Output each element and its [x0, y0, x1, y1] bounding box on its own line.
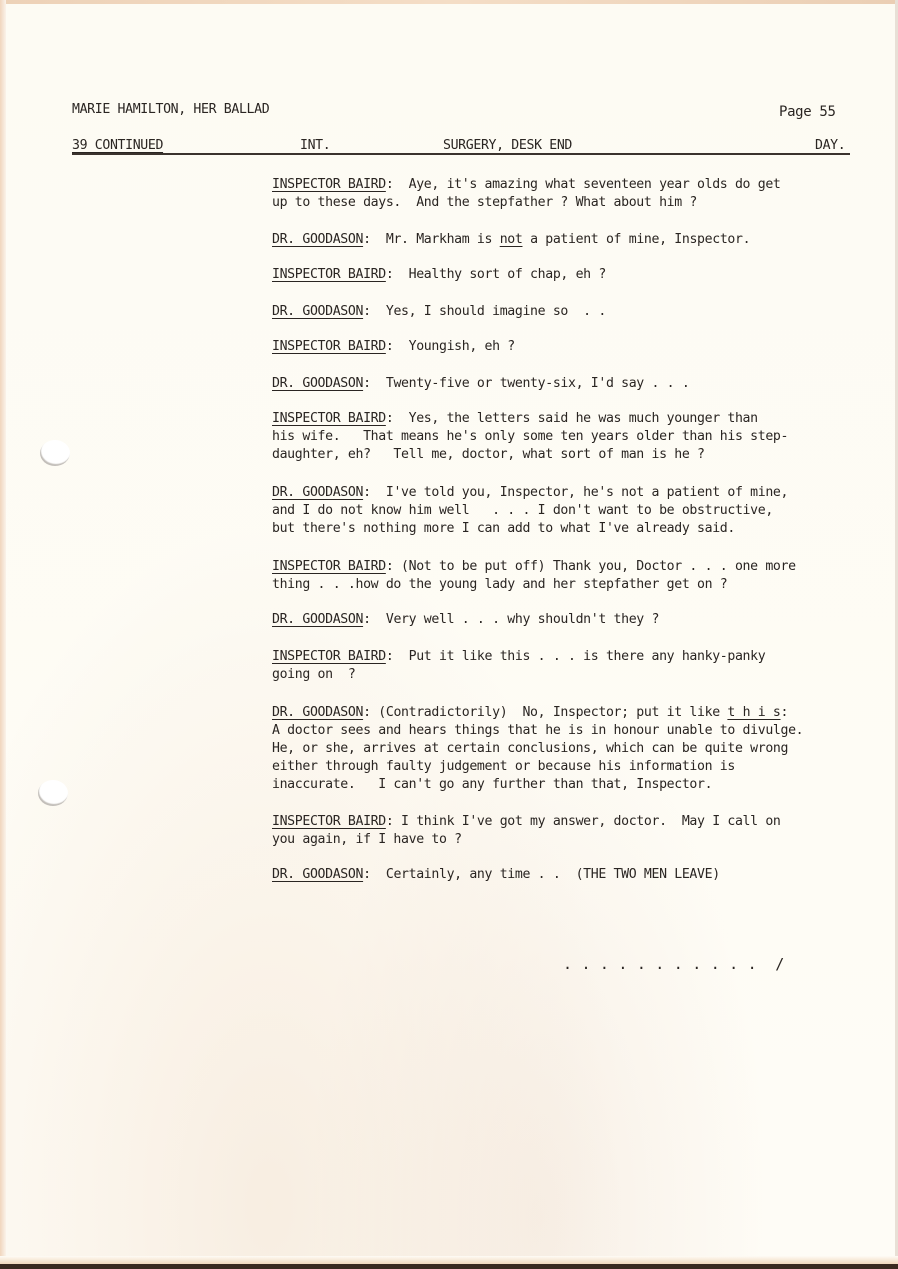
speaker-name: DR. GOODASON — [272, 232, 363, 247]
paper-stain-bottom — [0, 1256, 898, 1264]
paper-edge-bottom — [0, 1264, 898, 1269]
dialogue-line: DR. GOODASON: (Contradictorily) No, Insp… — [272, 704, 892, 722]
dialogue-line: DR. GOODASON: Twenty-five or twenty-six,… — [272, 375, 892, 393]
scene-number-text: 39 CONTINUED — [72, 138, 163, 153]
dialogue-line: thing . . .how do the young lady and her… — [272, 576, 892, 594]
dialogue-line: INSPECTOR BAIRD: Healthy sort of chap, e… — [272, 266, 892, 284]
dialogue-line: DR. GOODASON: Mr. Markham is not a patie… — [272, 231, 892, 249]
dialogue-block: INSPECTOR BAIRD: Put it like this . . . … — [272, 648, 892, 684]
speaker-name: DR. GOODASON — [272, 376, 363, 391]
speaker-name: INSPECTOR BAIRD — [272, 411, 386, 426]
dialogue-line: DR. GOODASON: Yes, I should imagine so .… — [272, 303, 892, 321]
dialogue-block: INSPECTOR BAIRD: (Not to be put off) Tha… — [272, 558, 892, 594]
script-page: MARIE HAMILTON, HER BALLAD Page 55 39 CO… — [0, 0, 898, 1269]
punch-hole-icon — [40, 440, 70, 466]
dialogue-block: INSPECTOR BAIRD: Youngish, eh ? — [272, 338, 892, 356]
speaker-name: INSPECTOR BAIRD — [272, 559, 386, 574]
scene-int-ext: INT. — [300, 138, 330, 153]
speaker-name: INSPECTOR BAIRD — [272, 649, 386, 664]
emphasized-word: t h i s — [727, 705, 780, 720]
dialogue-line: He, or she, arrives at certain conclusio… — [272, 740, 892, 758]
scene-number: 39 CONTINUED — [72, 138, 163, 153]
dialogue-block: DR. GOODASON: I've told you, Inspector, … — [272, 484, 892, 538]
dialogue-line: either through faulty judgement or becau… — [272, 758, 892, 776]
speaker-name: DR. GOODASON — [272, 705, 363, 720]
dialogue-line: and I do not know him well . . . I don't… — [272, 502, 892, 520]
speaker-name: INSPECTOR BAIRD — [272, 814, 386, 829]
dialogue-line: but there's nothing more I can add to wh… — [272, 520, 892, 538]
speaker-name: DR. GOODASON — [272, 304, 363, 319]
dialogue-line: his wife. That means he's only some ten … — [272, 428, 892, 446]
speaker-name: INSPECTOR BAIRD — [272, 177, 386, 192]
speaker-name: DR. GOODASON — [272, 612, 363, 627]
dialogue-line: inaccurate. I can't go any further than … — [272, 776, 892, 794]
dialogue-block: DR. GOODASON: (Contradictorily) No, Insp… — [272, 704, 892, 794]
dialogue-line: DR. GOODASON: Certainly, any time . . (T… — [272, 866, 892, 884]
dialogue-line: going on ? — [272, 666, 892, 684]
dialogue-line: DR. GOODASON: Very well . . . why should… — [272, 611, 892, 629]
speaker-name: DR. GOODASON — [272, 485, 363, 500]
script-title: MARIE HAMILTON, HER BALLAD — [72, 102, 269, 117]
dialogue-block: DR. GOODASON: Yes, I should imagine so .… — [272, 303, 892, 321]
dialogue-block: DR. GOODASON: Mr. Markham is not a patie… — [272, 231, 892, 249]
dialogue-line: INSPECTOR BAIRD: I think I've got my ans… — [272, 813, 892, 831]
dialogue-block: INSPECTOR BAIRD: Healthy sort of chap, e… — [272, 266, 892, 284]
dialogue-line: you again, if I have to ? — [272, 831, 892, 849]
dialogue-line: daughter, eh? Tell me, doctor, what sort… — [272, 446, 892, 464]
paper-edge-top — [0, 0, 898, 4]
dialogue-line: INSPECTOR BAIRD: Yes, the letters said h… — [272, 410, 892, 428]
speaker-name: INSPECTOR BAIRD — [272, 339, 386, 354]
emphasized-word: not — [500, 232, 523, 247]
speaker-name: INSPECTOR BAIRD — [272, 267, 386, 282]
speaker-name: DR. GOODASON — [272, 867, 363, 882]
dialogue-line: INSPECTOR BAIRD: Aye, it's amazing what … — [272, 176, 892, 194]
dialogue-line: DR. GOODASON: I've told you, Inspector, … — [272, 484, 892, 502]
scene-location: SURGERY, DESK END — [443, 138, 572, 153]
dialogue-block: INSPECTOR BAIRD: I think I've got my ans… — [272, 813, 892, 849]
dialogue-block: INSPECTOR BAIRD: Yes, the letters said h… — [272, 410, 892, 464]
dialogue-line: up to these days. And the stepfather ? W… — [272, 194, 892, 212]
end-of-scene-mark: . . . . . . . . . . . / — [563, 955, 785, 973]
scene-time: DAY. — [815, 138, 845, 153]
dialogue-block: DR. GOODASON: Very well . . . why should… — [272, 611, 892, 629]
punch-hole-icon — [38, 780, 68, 806]
dialogue-block: INSPECTOR BAIRD: Aye, it's amazing what … — [272, 176, 892, 212]
paper-edge-left — [0, 0, 6, 1269]
page-number: Page 55 — [779, 104, 836, 120]
dialogue-line: INSPECTOR BAIRD: Youngish, eh ? — [272, 338, 892, 356]
dialogue-line: INSPECTOR BAIRD: Put it like this . . . … — [272, 648, 892, 666]
dialogue-block: DR. GOODASON: Certainly, any time . . (T… — [272, 866, 892, 884]
dialogue-line: INSPECTOR BAIRD: (Not to be put off) Tha… — [272, 558, 892, 576]
scene-heading-rule — [72, 153, 850, 155]
dialogue-line: A doctor sees and hears things that he i… — [272, 722, 892, 740]
dialogue-block: DR. GOODASON: Twenty-five or twenty-six,… — [272, 375, 892, 393]
